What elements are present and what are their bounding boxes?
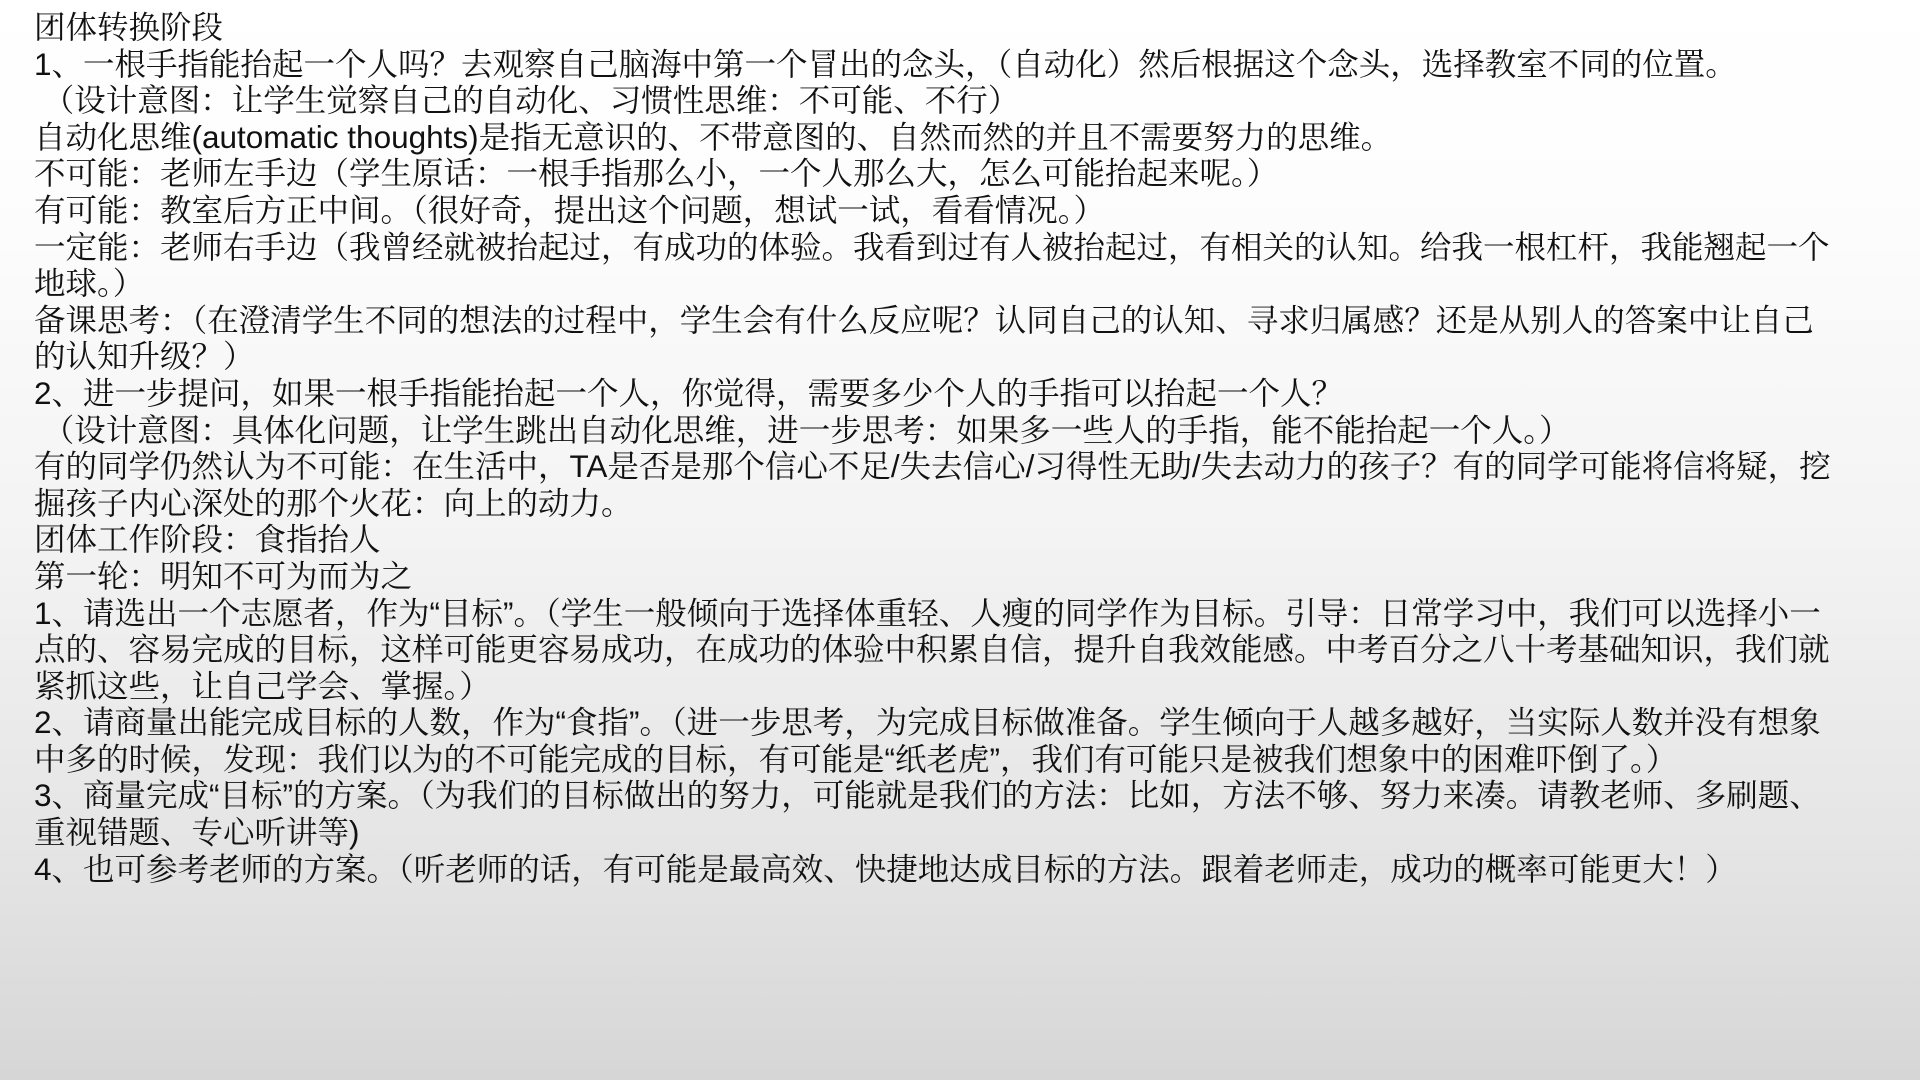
paragraph-03: 自动化思维(automatic thoughts)是指无意识的、不带意图的、自然… [34,119,1839,156]
paragraph-02: （设计意图：让学生觉察自己的自动化、习惯性思维：不可能、不行） [34,82,1839,119]
paragraph-01: 1、一根手指能抬起一个人吗？去观察自己脑海中第一个冒出的念头，（自动化）然后根据… [34,46,1839,83]
paragraph-06: 一定能：老师右手边（我曾经就被抬起过，有成功的体验。我看到过有人被抬起过，有相关… [34,229,1839,302]
paragraph-04: 不可能：老师左手边（学生原话：一根手指那么小，一个人那么大，怎么可能抬起来呢。） [34,155,1839,192]
paragraph-10: 有的同学仍然认为不可能：在生活中，TA是否是那个信心不足/失去信心/习得性无助/… [34,448,1839,521]
document-body: 团体转换阶段 1、一根手指能抬起一个人吗？去观察自己脑海中第一个冒出的念头，（自… [0,0,1839,887]
paragraph-09: （设计意图：具体化问题，让学生跳出自动化思维，进一步思考：如果多一些人的手指，能… [34,412,1839,449]
paragraph-13: 1、请选出一个志愿者，作为“目标”。（学生一般倾向于选择体重轻、人瘦的同学作为目… [34,595,1839,705]
paragraph-08: 2、进一步提问，如果一根手指能抬起一个人，你觉得，需要多少个人的手指可以抬起一个… [34,375,1839,412]
paragraph-07: 备课思考：（在澄清学生不同的想法的过程中，学生会有什么反应呢？认同自己的认知、寻… [34,302,1839,375]
section-title-round-one: 第一轮：明知不可为而为之 [34,558,1839,595]
section-title-group-work: 团体工作阶段：食指抬人 [34,521,1839,558]
page-title: 团体转换阶段 [34,9,1839,46]
document-page: { "document": { "language": "zh-CN", "pa… [0,0,1920,1080]
paragraph-15: 3、商量完成“目标”的方案。（为我们的目标做出的努力，可能就是我们的方法：比如，… [34,777,1839,850]
paragraph-14: 2、请商量出能完成目标的人数，作为“食指”。（进一步思考，为完成目标做准备。学生… [34,704,1839,777]
paragraph-16: 4、也可参考老师的方案。（听老师的话，有可能是最高效、快捷地达成目标的方法。跟着… [34,851,1839,888]
paragraph-05: 有可能：教室后方正中间。（很好奇，提出这个问题，想试一试，看看情况。） [34,192,1839,229]
